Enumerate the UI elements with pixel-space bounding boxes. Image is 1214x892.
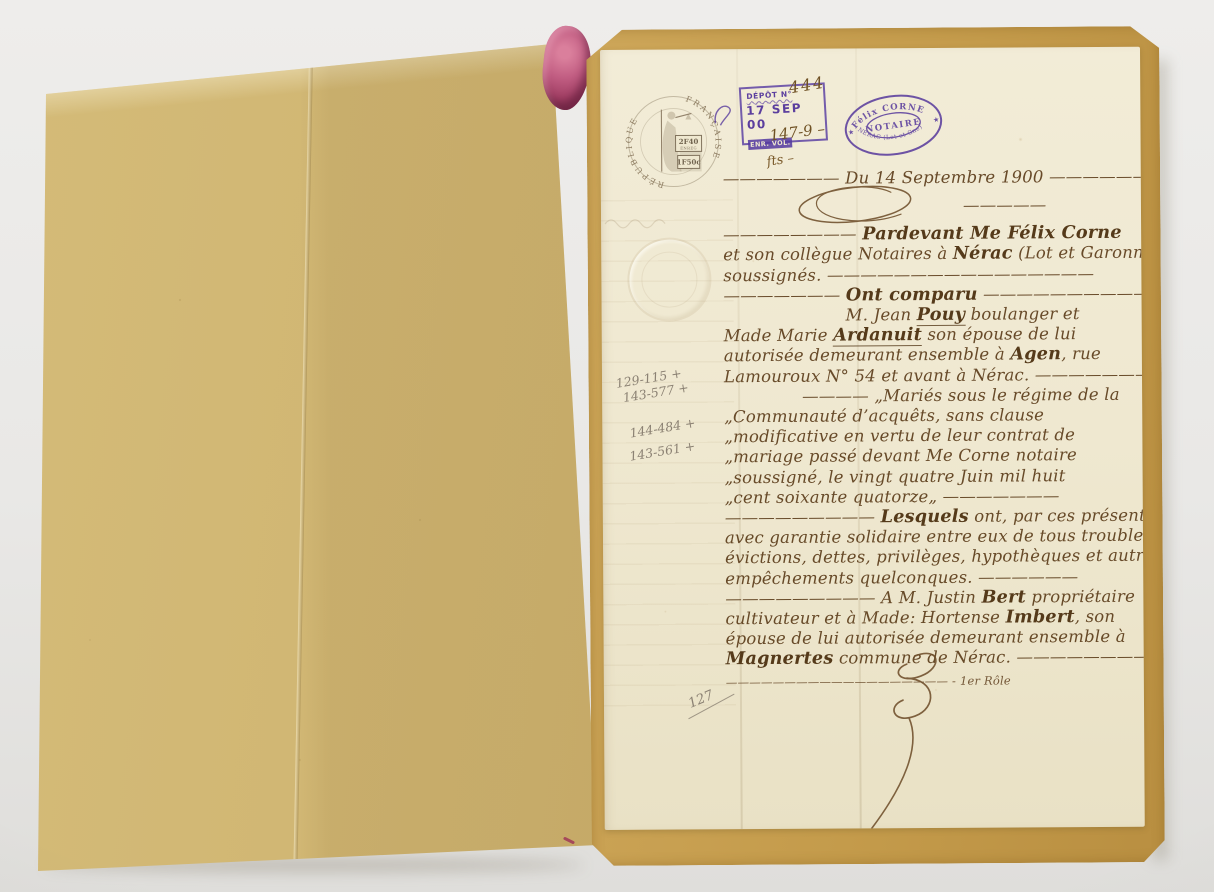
manuscript-line: autorisée demeurant ensemble à Agen, rue — [724, 344, 1144, 367]
registration-depot-stamp: DÉPÔT N° 17 SEP 00 ENR. VOL. 444 147-9 – — [739, 82, 828, 145]
cover-stain — [132, 36, 152, 52]
closing-flourish — [837, 646, 948, 830]
manuscript-line: ———— „Mariés sous le régime de la — [724, 385, 1144, 408]
manuscript-line: Lamouroux N° 54 et avant à Nérac. ——————… — [724, 364, 1144, 387]
star-icon: ★ — [932, 116, 939, 125]
cover-fold-crease — [293, 56, 313, 868]
ink-note: fts – — [766, 151, 795, 170]
revenue-stamp: RÉPUBLIQUE FRANÇAISE 2F40 ENREG 1F50c — [625, 93, 722, 190]
manuscript-text: ——————— Du 14 Septembre 1900 ———————————… — [723, 167, 1145, 692]
manuscript-line: M. Jean Pouy boulanger et — [724, 304, 1144, 327]
notary-stamp: Félix CORNE NÉRAC (Lot-et-Gne) NOTAIRE ★… — [839, 87, 947, 163]
manuscript-line: ——————— Ont comparu ——————————— — [723, 283, 1143, 306]
manuscript-line: soussignés. ———————————————— — [723, 263, 1143, 286]
pencil-ref: 144-484 + — [628, 415, 696, 441]
bleedthrough-writing — [603, 211, 683, 229]
manuscript-line: „mariage passé devant Me Corne notaire — [724, 445, 1144, 468]
manuscript-line: ————————— A M. Justin Bert propriétaire — [725, 587, 1144, 610]
pencil-refs: 129-115 +143-577 +144-484 +143-561 + — [615, 367, 698, 462]
revenue-stamp-arc-left: RÉPUBLIQUE — [625, 115, 665, 190]
manuscript-line: avec garantie solidaire entre eux de tou… — [725, 526, 1145, 549]
star-icon: ★ — [847, 128, 854, 137]
manuscript-line: et son collègue Notaires à Nérac (Lot et… — [723, 243, 1143, 266]
embossed-blind-seal — [627, 237, 712, 322]
manuscript-line: ————— — [723, 187, 1143, 226]
manuscript-line: ————————— Lesquels ont, par ces présente… — [725, 506, 1145, 529]
revenue-value-top-small: ENREG — [680, 145, 697, 150]
manuscript-line: cultivateur et à Made: Hortense Imbert, … — [725, 607, 1144, 630]
manuscript-line: „soussigné, le vingt quatre Juin mil hui… — [725, 465, 1145, 488]
manuscript-line: ——————— Du 14 Septembre 1900 ———————— — [723, 167, 1143, 190]
manuscript-line: évictions, dettes, privilèges, hypothèqu… — [725, 546, 1145, 569]
purple-ink-paraph — [712, 99, 738, 129]
manuscript-line: „modificative en vertu de leur contrat d… — [724, 425, 1144, 448]
photograph: RÉPUBLIQUE FRANÇAISE 2F40 ENREG 1F50c DÉ… — [0, 0, 1214, 892]
manuscript-line: „Communauté d’acquêts, sans clause — [724, 405, 1144, 428]
revenue-value-bottom: 1F50c — [677, 157, 701, 166]
manuscript-line: „cent soixante quatorze„ ——————— — [725, 486, 1145, 509]
manuscript-line: empêchements quelconques. —————— — [725, 566, 1145, 589]
document-page: RÉPUBLIQUE FRANÇAISE 2F40 ENREG 1F50c DÉ… — [600, 47, 1145, 830]
cover-top-sheen — [44, 38, 557, 128]
